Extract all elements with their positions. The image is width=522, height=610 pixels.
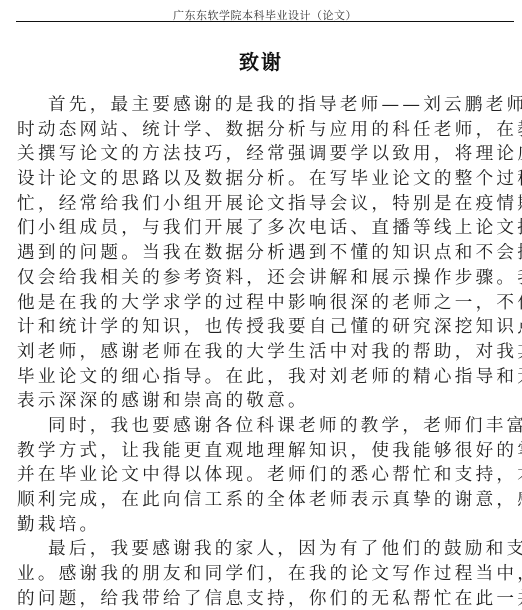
- paragraph-1: 首先，最主要感谢的是我的指导老师——刘云鹏老师。刘老师是我在大学 时动态网站、统…: [17, 93, 507, 414]
- paragraph-line: 关撰写论文的方法技巧，经常强调要学以致用，将理论应用到实践中，教会我: [17, 142, 507, 167]
- paragraph-line: 计和统计学的知识，也传授我要自己懂的研究深挖知识点的精神。我十分感谢: [17, 315, 507, 340]
- paragraph-line: 同时，我也要感谢各位科课老师的教学，老师们丰富的教学内容、生动的: [17, 414, 507, 439]
- paragraph-line: 时动态网站、统计学、数据分析与应用的科任老师，在教学的过程中穿插了有: [17, 118, 507, 143]
- paragraph-line: 业。感谢我的朋友和同学们，在我的论文写作过程当中，他们和我交流我遇到: [17, 562, 507, 587]
- page-header: 广东东软学院本科毕业设计（论文）: [16, 4, 514, 22]
- paragraph-3: 最后，我要感谢我的家人，因为有了他们的鼓励和支持，我才顺利完成学 业。感谢我的朋…: [17, 537, 507, 610]
- paragraph-line: 最后，我要感谢我的家人，因为有了他们的鼓励和支持，我才顺利完成学: [17, 537, 507, 562]
- paragraph-line: 顺利完成，在此向信工系的全体老师表示真挚的谢意，感谢老师们四年来的辛: [17, 488, 507, 513]
- paragraph-line: 刘老师，感谢老师在我的大学生活中对我的帮助，对我其他科目的教学，对我: [17, 340, 507, 365]
- paragraph-line: 们小组成员，与我们开展了多次电话、直播等线上论文指导以及解答写论文中: [17, 216, 507, 241]
- paragraph-line: 仅会给我相关的参考资料，还会讲解和展示操作步骤。我很庆幸遇到刘老师，: [17, 266, 507, 291]
- paragraph-line: 并在毕业论文中得以体现。老师们的悉心帮忙和支持，才使我的毕业论文工作: [17, 463, 507, 488]
- paragraph-2: 同时，我也要感谢各位科课老师的教学，老师们丰富的教学内容、生动的 教学方式，让我…: [17, 414, 507, 537]
- paragraph-line: 的问题，给我带给了信息支持，你们的无私帮忙在此一并表示感谢。: [17, 587, 507, 610]
- paragraph-line: 设计论文的思路以及数据分析。在写毕业论文的整个过程中他给了我很大的帮: [17, 167, 507, 192]
- paragraph-line: 毕业论文的细心指导。在此，我对刘老师的精心指导和无私的关怀，向刘老师: [17, 365, 507, 390]
- paragraph-line: 遇到的问题。当我在数据分析遇到不懂的知识点和不会操作的步骤时，老师不: [17, 241, 507, 266]
- header-text: 广东东软学院本科毕业设计（论文）: [173, 9, 357, 22]
- paragraph-line: 忙，经常给我们小组开展论文指导会议，特别是在疫情期间，刘老师还心系我: [17, 192, 507, 217]
- page-title: 致谢: [0, 46, 522, 75]
- paragraph-line: 他是在我的大学求学的过程中影响很深的老师之一，不仅传授了我有关网站设: [17, 291, 507, 316]
- paragraph-line: 首先，最主要感谢的是我的指导老师——刘云鹏老师。刘老师是我在大学: [17, 93, 507, 118]
- paragraph-line: 表示深深的感谢和崇高的敬意。: [17, 389, 507, 414]
- paragraph-line: 勤栽培。: [17, 513, 507, 538]
- document-body: 首先，最主要感谢的是我的指导老师——刘云鹏老师。刘老师是我在大学 时动态网站、统…: [17, 93, 507, 610]
- paragraph-line: 教学方式，让我能更直观地理解知识，使我能够很好的掌握和运用专业知识，: [17, 439, 507, 464]
